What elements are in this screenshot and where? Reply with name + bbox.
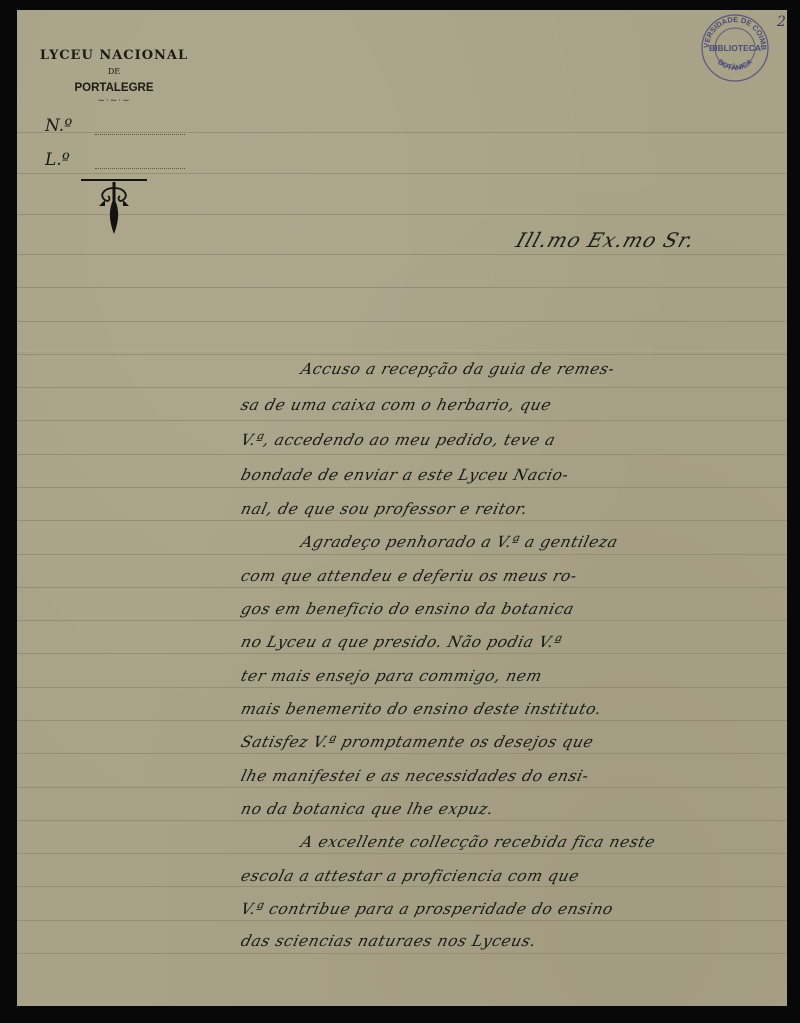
svg-text:BOTÂNICA: BOTÂNICA bbox=[716, 57, 755, 72]
ruled-line bbox=[17, 687, 787, 688]
body-line: com que attendeu e deferiu os meus ro- bbox=[239, 567, 783, 585]
ruled-line bbox=[17, 454, 787, 455]
salutation: Ill.mo Ex.mo Sr. bbox=[513, 228, 698, 252]
ruled-line bbox=[17, 820, 787, 821]
body-line: A excellente collecção recebida fica nes… bbox=[239, 833, 787, 851]
ruled-line bbox=[17, 653, 787, 654]
body-line: Satisfez V.ª promptamente os desejos que bbox=[239, 733, 783, 751]
ruled-line bbox=[17, 387, 787, 388]
ruled-line bbox=[17, 554, 787, 555]
body-line: V.ª, accedendo ao meu pedido, teve a bbox=[239, 431, 783, 449]
book-field-label: L.º bbox=[45, 150, 70, 170]
ruled-line bbox=[17, 487, 787, 488]
ruled-line bbox=[17, 354, 787, 355]
body-line: bondade de enviar a este Lyceu Nacio- bbox=[239, 466, 783, 484]
ruled-line bbox=[17, 853, 787, 854]
number-field-label: N.º bbox=[45, 116, 72, 136]
ruled-line bbox=[17, 587, 787, 588]
number-field-line bbox=[95, 134, 185, 135]
ruled-line bbox=[17, 132, 787, 133]
ruled-line bbox=[17, 420, 787, 421]
ruled-line bbox=[17, 173, 787, 174]
body-line: mais benemerito do ensino deste institut… bbox=[239, 700, 783, 718]
paper-fold bbox=[17, 350, 787, 353]
ruled-line bbox=[17, 787, 787, 788]
letterhead-ornament: ~·~·~ bbox=[39, 96, 189, 106]
library-stamp-icon: UNIVERSIDADE DE COIMBRA BIBLIOTECA BOTÂN… bbox=[700, 13, 770, 83]
ruled-line bbox=[17, 953, 787, 954]
letter-sheet: LYCEU NACIONAL DE PORTALEGRE ~·~·~ N.º L… bbox=[17, 10, 787, 1006]
ruled-line bbox=[17, 720, 787, 721]
ruled-line bbox=[17, 753, 787, 754]
body-line: no da botanica que lhe expuz. bbox=[239, 800, 783, 818]
body-line: V.ª contribue para a prosperidade do ens… bbox=[239, 900, 783, 918]
body-line: Agradeço penhorado a V.ª a gentileza bbox=[239, 533, 787, 551]
letterhead-city: PORTALEGRE bbox=[39, 82, 189, 94]
body-line: no Lyceu a que presido. Não podia V.ª bbox=[239, 633, 783, 651]
body-line: ter mais ensejo para commigo, nem bbox=[239, 667, 783, 685]
ruled-line bbox=[17, 321, 787, 322]
body-line: lhe manifestei e as necessidades do ensi… bbox=[239, 767, 783, 785]
ruled-line bbox=[17, 287, 787, 288]
body-line: nal, de que sou professor e reitor. bbox=[239, 500, 783, 518]
body-line: gos em beneficio do ensino da botanica bbox=[239, 600, 783, 618]
fleuron-emblem-icon bbox=[81, 178, 147, 238]
body-line: escola a attestar a proficiencia com que bbox=[239, 867, 783, 885]
letterhead-preposition: DE bbox=[39, 67, 189, 76]
folio-number: 2 bbox=[777, 14, 786, 30]
body-line: Accuso a recepção da guia de remes- bbox=[239, 360, 787, 378]
ruled-line bbox=[17, 886, 787, 887]
book-field-line bbox=[95, 168, 185, 169]
ruled-line bbox=[17, 254, 787, 255]
letterhead: LYCEU NACIONAL DE PORTALEGRE ~·~·~ bbox=[39, 48, 189, 106]
ruled-line bbox=[17, 920, 787, 921]
body-line: sa de uma caixa com o herbario, que bbox=[239, 396, 783, 414]
ruled-line bbox=[17, 520, 787, 521]
ruled-line bbox=[17, 620, 787, 621]
body-line: das sciencias naturaes nos Lyceus. bbox=[239, 932, 783, 950]
institution-name: LYCEU NACIONAL bbox=[39, 48, 189, 63]
svg-text:BIBLIOTECA: BIBLIOTECA bbox=[709, 43, 761, 53]
